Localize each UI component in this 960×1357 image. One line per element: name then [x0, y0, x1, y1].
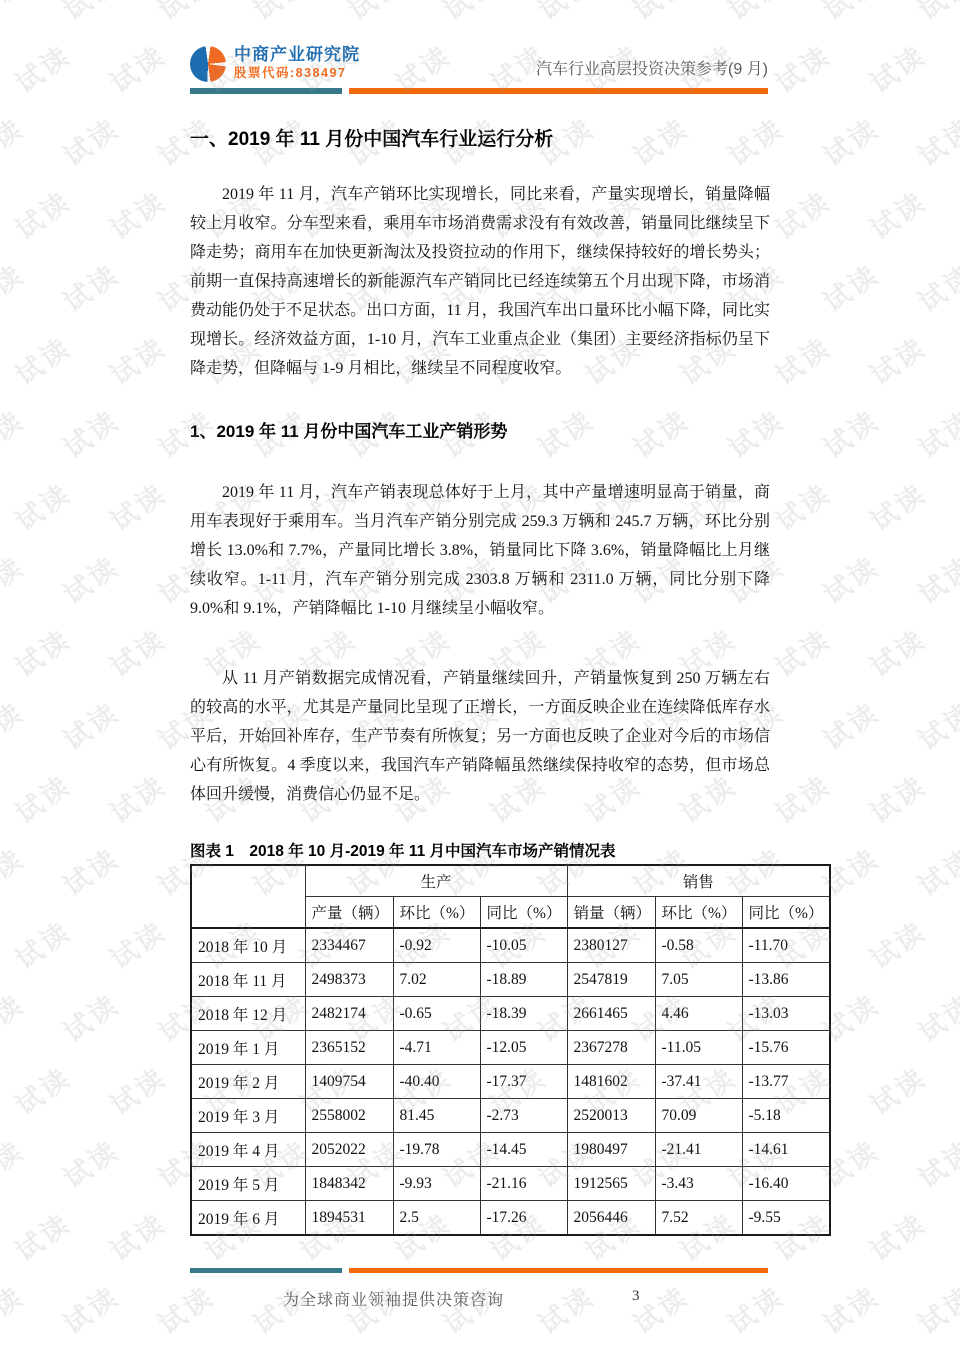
watermark-text: 试读: [766, 764, 838, 830]
watermark-text: 试读: [861, 618, 933, 684]
value-cell: -13.03: [742, 997, 830, 1031]
table-row: 2019 年 4 月2052022-19.78-14.451980497-21.…: [191, 1133, 830, 1167]
watermark-text: 试读: [6, 764, 78, 830]
watermark-text: 试读: [861, 180, 933, 246]
col-header-sales-yoy: 同比（%）: [742, 897, 830, 929]
table-caption: 图表 1 2018 年 10 月-2019 年 11 月中国汽车市场产销情况表: [190, 839, 830, 861]
value-cell: -11.70: [742, 928, 830, 963]
watermark-text: 试读: [54, 545, 126, 611]
document-page: 中商产业研究院 股票代码:838497 汽车行业高层投资决策参考(9 月) 一、…: [0, 0, 960, 1357]
value-cell: 2547819: [567, 963, 655, 997]
table-corner-cell: [191, 865, 305, 928]
table-row: 2018 年 11 月24983737.02-18.8925478197.05-…: [191, 963, 830, 997]
table-body: 2018 年 10 月2334467-0.92-10.052380127-0.5…: [191, 928, 830, 1235]
header-divider-orange-segment: [349, 88, 768, 94]
value-cell: -2.73: [480, 1099, 567, 1133]
value-cell: -37.41: [655, 1065, 742, 1099]
value-cell: -18.39: [480, 997, 567, 1031]
value-cell: 70.09: [655, 1099, 742, 1133]
logo-stock-code: 股票代码:838497: [234, 65, 360, 82]
value-cell: -21.16: [480, 1167, 567, 1201]
watermark-text: 试读: [956, 34, 960, 100]
value-cell: -3.43: [655, 1167, 742, 1201]
watermark-text: 试读: [909, 545, 960, 611]
value-cell: 1848342: [305, 1167, 393, 1201]
footer-divider-gap: [342, 1268, 349, 1274]
table-row: 2019 年 2 月1409754-40.40-17.371481602-37.…: [191, 1065, 830, 1099]
month-cell: 2019 年 5 月: [191, 1167, 305, 1201]
value-cell: -4.71: [393, 1031, 480, 1065]
watermark-text: 试读: [0, 1275, 31, 1341]
watermark-text: 试读: [909, 253, 960, 319]
value-cell: -17.37: [480, 1065, 567, 1099]
value-cell: -16.40: [742, 1167, 830, 1201]
watermark-text: 试读: [6, 910, 78, 976]
value-cell: -15.76: [742, 1031, 830, 1065]
value-cell: 2367278: [567, 1031, 655, 1065]
watermark-text: 试读: [814, 545, 886, 611]
value-cell: 2365152: [305, 1031, 393, 1065]
paragraph-3: 从 11 月产销数据完成情况看，产销量继续回升，产销量恢复到 250 万辆左右的…: [190, 664, 770, 809]
value-cell: -10.05: [480, 928, 567, 963]
watermark-text: 试读: [54, 1129, 126, 1195]
value-cell: 7.02: [393, 963, 480, 997]
col-header-production-yoy: 同比（%）: [480, 897, 567, 929]
watermark-text: 试读: [766, 326, 838, 392]
value-cell: -12.05: [480, 1031, 567, 1065]
watermark-text: 试读: [766, 472, 838, 538]
month-cell: 2019 年 2 月: [191, 1065, 305, 1099]
page-number: 3: [632, 1288, 640, 1305]
table-group-header-row: 生产 销售: [191, 865, 830, 897]
watermark-text: 试读: [6, 326, 78, 392]
watermark-text: 试读: [54, 0, 126, 28]
footer-divider-orange-segment: [349, 1268, 768, 1273]
value-cell: 2052022: [305, 1133, 393, 1167]
value-cell: -13.77: [742, 1065, 830, 1099]
value-cell: 2498373: [305, 963, 393, 997]
value-cell: 81.45: [393, 1099, 480, 1133]
col-header-production-mom: 环比（%）: [393, 897, 480, 929]
watermark-text: 试读: [6, 1056, 78, 1122]
company-logo-icon: [190, 46, 226, 82]
watermark-text: 试读: [0, 253, 31, 319]
watermark-text: 试读: [861, 472, 933, 538]
table-row: 2018 年 12 月2482174-0.65-18.3926614654.46…: [191, 997, 830, 1031]
logo: 中商产业研究院 股票代码:838497: [190, 45, 360, 82]
value-cell: 2558002: [305, 1099, 393, 1133]
watermark-text: 试读: [956, 472, 960, 538]
watermark-text: 试读: [909, 1129, 960, 1195]
watermark-text: 试读: [54, 107, 126, 173]
watermark-text: 试读: [814, 253, 886, 319]
table-row: 2018 年 10 月2334467-0.92-10.052380127-0.5…: [191, 928, 830, 963]
watermark-text: 试读: [101, 34, 173, 100]
group-header-production: 生产: [305, 865, 567, 897]
watermark-text: 试读: [814, 0, 886, 28]
paragraph-1: 2019 年 11 月，汽车产销环比实现增长，同比来看，产量实现增长，销量降幅较…: [190, 180, 770, 383]
value-cell: -0.92: [393, 928, 480, 963]
watermark-text: 试读: [149, 1275, 221, 1341]
month-cell: 2019 年 6 月: [191, 1201, 305, 1236]
watermark-text: 试读: [101, 180, 173, 246]
watermark-text: 试读: [0, 399, 31, 465]
watermark-text: 试读: [814, 1275, 886, 1341]
production-sales-table: 生产 销售 产量（辆） 环比（%） 同比（%） 销量（辆） 环比（%） 同比（%…: [190, 864, 831, 1236]
value-cell: -9.55: [742, 1201, 830, 1236]
watermark-text: 试读: [54, 399, 126, 465]
value-cell: -18.89: [480, 963, 567, 997]
watermark-text: 试读: [0, 107, 31, 173]
watermark-text: 试读: [766, 618, 838, 684]
value-cell: -0.65: [393, 997, 480, 1031]
watermark-text: 试读: [956, 764, 960, 830]
watermark-text: 试读: [54, 983, 126, 1049]
col-header-production-volume: 产量（辆）: [305, 897, 393, 929]
table-row: 2019 年 5 月1848342-9.93-21.161912565-3.43…: [191, 1167, 830, 1201]
subsection-heading: 1、2019 年 11 月份中国汽车工业产销形势: [190, 417, 770, 442]
watermark-text: 试读: [0, 0, 31, 28]
watermark-text: 试读: [861, 326, 933, 392]
header-divider: [190, 88, 768, 94]
logo-text-block: 中商产业研究院 股票代码:838497: [234, 45, 360, 82]
watermark-text: 试读: [244, 0, 316, 28]
value-cell: -14.61: [742, 1133, 830, 1167]
table-row: 2019 年 1 月2365152-4.71-12.052367278-11.0…: [191, 1031, 830, 1065]
value-cell: -11.05: [655, 1031, 742, 1065]
watermark-text: 试读: [766, 34, 838, 100]
watermark-text: 试读: [0, 1129, 31, 1195]
watermark-text: 试读: [861, 34, 933, 100]
watermark-text: 试读: [529, 0, 601, 28]
value-cell: 2.5: [393, 1201, 480, 1236]
value-cell: -0.58: [655, 928, 742, 963]
watermark-text: 试读: [956, 910, 960, 976]
watermark-text: 试读: [956, 1202, 960, 1268]
value-cell: 2661465: [567, 997, 655, 1031]
logo-company-name: 中商产业研究院: [234, 45, 360, 65]
report-title: 汽车行业高层投资决策参考(9 月): [536, 56, 768, 79]
watermark-text: 试读: [909, 691, 960, 757]
watermark-text: 试读: [909, 0, 960, 28]
watermark-text: 试读: [814, 107, 886, 173]
watermark-text: 试读: [861, 910, 933, 976]
watermark-text: 试读: [101, 472, 173, 538]
footer-divider-teal-segment: [190, 1268, 342, 1273]
value-cell: -13.86: [742, 963, 830, 997]
table-row: 2019 年 6 月18945312.5-17.2620564467.52-9.…: [191, 1201, 830, 1236]
group-header-sales: 销售: [567, 865, 830, 897]
month-cell: 2019 年 1 月: [191, 1031, 305, 1065]
watermark-text: 试读: [766, 180, 838, 246]
value-cell: -14.45: [480, 1133, 567, 1167]
watermark-text: 试读: [814, 691, 886, 757]
watermark-text: 试读: [0, 837, 31, 903]
watermark-text: 试读: [861, 764, 933, 830]
month-cell: 2018 年 10 月: [191, 928, 305, 963]
watermark-text: 试读: [6, 618, 78, 684]
watermark-text: 试读: [0, 691, 31, 757]
watermark-text: 试读: [434, 0, 506, 28]
month-cell: 2019 年 4 月: [191, 1133, 305, 1167]
watermark-text: 试读: [909, 399, 960, 465]
value-cell: 1980497: [567, 1133, 655, 1167]
col-header-sales-volume: 销量（辆）: [567, 897, 655, 929]
value-cell: 7.05: [655, 963, 742, 997]
value-cell: 4.46: [655, 997, 742, 1031]
watermark-text: 试读: [956, 1056, 960, 1122]
value-cell: 1409754: [305, 1065, 393, 1099]
watermark-text: 试读: [814, 399, 886, 465]
watermark-text: 试读: [909, 107, 960, 173]
footer-divider: [190, 1268, 768, 1273]
watermark-text: 试读: [101, 910, 173, 976]
value-cell: 1481602: [567, 1065, 655, 1099]
month-cell: 2019 年 3 月: [191, 1099, 305, 1133]
watermark-text: 试读: [624, 0, 696, 28]
watermark-text: 试读: [101, 326, 173, 392]
watermark-text: 试读: [956, 618, 960, 684]
watermark-text: 试读: [861, 1202, 933, 1268]
value-cell: -17.26: [480, 1201, 567, 1236]
value-cell: -40.40: [393, 1065, 480, 1099]
value-cell: -5.18: [742, 1099, 830, 1133]
watermark-text: 试读: [101, 764, 173, 830]
watermark-text: 试读: [101, 1056, 173, 1122]
watermark-text: 试读: [54, 691, 126, 757]
watermark-text: 试读: [956, 326, 960, 392]
watermark-text: 试读: [54, 253, 126, 319]
watermark-text: 试读: [719, 1275, 791, 1341]
watermark-text: 试读: [6, 34, 78, 100]
watermark-text: 试读: [54, 1275, 126, 1341]
watermark-text: 试读: [956, 180, 960, 246]
watermark-text: 试读: [719, 0, 791, 28]
watermark-text: 试读: [339, 0, 411, 28]
paragraph-2: 2019 年 11 月，汽车产销表现总体好于上月，其中产量增速明显高于销量，商用…: [190, 478, 770, 623]
value-cell: 2520013: [567, 1099, 655, 1133]
value-cell: -21.41: [655, 1133, 742, 1167]
month-cell: 2018 年 11 月: [191, 963, 305, 997]
watermark-text: 试读: [101, 618, 173, 684]
value-cell: 2482174: [305, 997, 393, 1031]
watermark-text: 试读: [909, 837, 960, 903]
value-cell: -19.78: [393, 1133, 480, 1167]
section-heading: 一、2019 年 11 月份中国汽车行业运行分析: [190, 124, 770, 151]
value-cell: 1912565: [567, 1167, 655, 1201]
watermark-text: 试读: [909, 1275, 960, 1341]
watermark-text: 试读: [0, 983, 31, 1049]
col-header-sales-mom: 环比（%）: [655, 897, 742, 929]
watermark-text: 试读: [624, 1275, 696, 1341]
watermark-text: 试读: [6, 472, 78, 538]
watermark-text: 试读: [54, 837, 126, 903]
value-cell: 2334467: [305, 928, 393, 963]
value-cell: 2056446: [567, 1201, 655, 1236]
table-row: 2019 年 3 月255800281.45-2.73252001370.09-…: [191, 1099, 830, 1133]
watermark-text: 试读: [0, 545, 31, 611]
value-cell: -9.93: [393, 1167, 480, 1201]
watermark-text: 试读: [529, 1275, 601, 1341]
watermark-text: 试读: [861, 1056, 933, 1122]
value-cell: 1894531: [305, 1201, 393, 1236]
watermark-text: 试读: [149, 0, 221, 28]
watermark-text: 试读: [101, 1202, 173, 1268]
footer-slogan: 为全球商业领袖提供决策咨询: [283, 1287, 504, 1310]
header-divider-gap: [342, 88, 349, 94]
watermark-text: 试读: [6, 180, 78, 246]
watermark-text: 试读: [909, 983, 960, 1049]
value-cell: 2380127: [567, 928, 655, 963]
month-cell: 2018 年 12 月: [191, 997, 305, 1031]
value-cell: 7.52: [655, 1201, 742, 1236]
header-divider-teal-segment: [190, 88, 342, 94]
watermark-text: 试读: [6, 1202, 78, 1268]
